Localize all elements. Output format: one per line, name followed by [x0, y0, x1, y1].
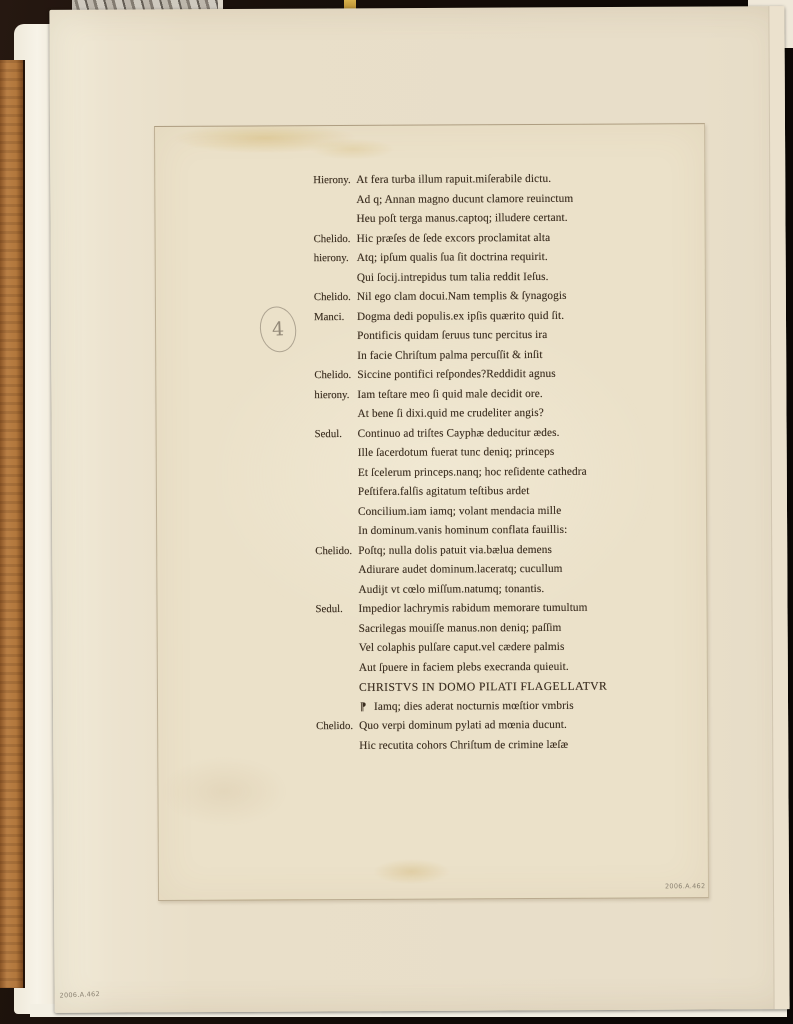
speaker-label: Sedul. — [316, 603, 343, 615]
verse-text: Aut ſpuere in faciem plebs execranda qui… — [359, 660, 569, 673]
verse-row: Sedul.Impedior lachrymis rabidum memorar… — [158, 601, 707, 621]
verse-text: At bene ſi dixi.quid me crudeliter angis… — [357, 407, 543, 420]
verse-text: Qui ſocij.intrepidus tum talia reddit Ie… — [357, 270, 549, 283]
verse-row: Chelido.Hic præſes de ſede excors procla… — [156, 231, 705, 251]
verse-row: Peſtifera.falſis agitatum teſtibus ardet — [157, 484, 706, 504]
speaker-label: Hierony. — [313, 174, 350, 186]
speaker-label: Chelido. — [314, 369, 351, 381]
verse-row: Chelido.Nil ego clam docui.Nam templis &… — [156, 289, 705, 309]
verse-row: Et ſcelerum princeps.nanq; hoc reſidente… — [157, 465, 706, 485]
speaker-label: Sedul. — [315, 428, 342, 440]
speaker-label: Manci. — [314, 311, 344, 323]
verse-row: Sacrilegas mouiſſe manus.non deniq; paſſ… — [158, 621, 707, 641]
verse-text: Ille ſacerdotum fuerat tunc deniq; princ… — [358, 446, 555, 459]
verse-row: In facie Chriſtum palma percuſſit & inſi… — [156, 348, 705, 368]
speaker-label: hierony. — [314, 388, 349, 400]
verse-row: Hierony.At fera turba illum rapuit.miſer… — [155, 172, 704, 192]
verse-row: Vel colaphis pulſare caput.vel cædere pa… — [158, 640, 707, 660]
verse-text: Quo verpi dominum pylati ad mœnia ducunt… — [359, 719, 567, 732]
verse-row: hierony.Atq; ipſum qualis ſua ſit doctri… — [156, 250, 705, 270]
verse-text: Sacrilegas mouiſſe manus.non deniq; paſſ… — [359, 621, 562, 634]
verse-row: Ille ſacerdotum fuerat tunc deniq; princ… — [157, 445, 706, 465]
pencil-shelfmark-bottom-right: 2006.A.462 — [665, 882, 705, 890]
verse-text: Heu poſt terga manus.captoq; illudere ce… — [356, 212, 567, 225]
section-heading-row: CHRISTVS IN DOMO PILATI FLAGELLATVR — [158, 679, 707, 699]
verse-row: Ad q; Annan magno ducunt clamore reuinct… — [155, 192, 704, 212]
speaker-label: Chelido. — [314, 291, 351, 303]
verse-text: Iam teſtare meo ſi quid male decidit ore… — [357, 387, 542, 400]
verse-text: Audijt vt cœlo miſſum.natumq; tonantis. — [358, 582, 544, 595]
speaker-label: Chelido. — [314, 232, 351, 244]
verse-text: Impedior lachrymis rabidum memorare tumu… — [359, 602, 588, 615]
verse-text: Continuo ad triſtes Cayphæ deducitur æde… — [358, 426, 560, 439]
verse-text: Hic præſes de ſede excors proclamitat al… — [357, 231, 551, 244]
printed-leaf: Hierony.At fera turba illum rapuit.miſer… — [154, 123, 709, 901]
verse-row: Chelido.Quo verpi dominum pylati ad mœni… — [158, 718, 707, 738]
verse-row: Hic recutita cohors Chriſtum de crimine … — [158, 738, 707, 758]
speaker-label: hierony. — [314, 252, 349, 264]
verse-text: Hic recutita cohors Chriſtum de crimine … — [359, 738, 568, 751]
verse-row: Chelido.Siccine pontifici reſpondes?Redd… — [156, 367, 705, 387]
verse-row: Chelido.Poſtq; nulla dolis patuit via.bæ… — [157, 543, 706, 563]
verse-text: Peſtifera.falſis agitatum teſtibus ardet — [358, 485, 530, 498]
album-page-edge — [768, 6, 789, 1009]
verse-text: Adiurare audet dominum.laceratq; cucullu… — [358, 563, 562, 576]
verse-row: Pontificis quidam ſeruus tunc percitus i… — [156, 328, 705, 348]
verse-row: Adiurare audet dominum.laceratq; cucullu… — [157, 562, 706, 582]
verse-text: At fera turba illum rapuit.miſerabile di… — [356, 173, 551, 186]
verse-row: Manci.Dogma dedi populis.ex ipſis quærit… — [156, 309, 705, 329]
verse-text: Iamq; dies aderat nocturnis mœſtior vmbr… — [374, 699, 574, 712]
pencil-shelfmark-bottom-left: 2006.A.462 — [59, 990, 100, 1000]
verse-row: Sedul.Continuo ad triſtes Cayphæ deducit… — [157, 426, 706, 446]
circled-number-value: 4 — [272, 318, 285, 340]
speaker-label: Chelido. — [315, 544, 352, 556]
verse-text: Poſtq; nulla dolis patuit via.bælua deme… — [358, 543, 552, 556]
verse-text: Pontificis quidam ſeruus tunc percitus i… — [357, 329, 547, 342]
verse-text: Et ſcelerum princeps.nanq; hoc reſidente… — [358, 465, 587, 478]
verse-text: In facie Chriſtum palma percuſſit & inſi… — [357, 348, 542, 361]
verse-text: Nil ego clam docui.Nam templis & ſynagog… — [357, 290, 567, 303]
speaker-label: Chelido. — [316, 720, 353, 732]
verse-row: hierony.Iam teſtare meo ſi quid male dec… — [156, 387, 705, 407]
verse-text: Atq; ipſum qualis ſua ſit doctrina requi… — [357, 251, 548, 264]
verse-text: Vel colaphis pulſare caput.vel cædere pa… — [359, 641, 565, 654]
verse-text: Siccine pontifici reſpondes?Reddidit agn… — [357, 368, 555, 381]
paragraph-mark-icon: ¶ — [360, 700, 366, 712]
verse-row: At bene ſi dixi.quid me crudeliter angis… — [156, 406, 705, 426]
verse-text: Dogma dedi populis.ex ipſis quærito quid… — [357, 309, 564, 322]
section-heading-text: CHRISTVS IN DOMO PILATI FLAGELLATVR — [359, 680, 607, 694]
verse-row: Aut ſpuere in faciem plebs execranda qui… — [158, 660, 707, 680]
verse-row: ¶Iamq; dies aderat nocturnis mœſtior vmb… — [158, 699, 707, 719]
verse-row: Audijt vt cœlo miſſum.natumq; tonantis. — [157, 582, 706, 602]
verse-text: Concilium.iam iamq; volant mendacia mill… — [358, 504, 561, 517]
verse-text: In dominum.vanis hominum conflata fauill… — [358, 524, 567, 537]
verse-row: Heu poſt terga manus.captoq; illudere ce… — [155, 211, 704, 231]
verse-row: Concilium.iam iamq; volant mendacia mill… — [157, 504, 706, 524]
verse-row: Qui ſocij.intrepidus tum talia reddit Ie… — [156, 270, 705, 290]
verse-row: In dominum.vanis hominum conflata fauill… — [157, 523, 706, 543]
wooden-strip — [0, 60, 25, 988]
verse-text: Ad q; Annan magno ducunt clamore reuinct… — [356, 192, 573, 205]
